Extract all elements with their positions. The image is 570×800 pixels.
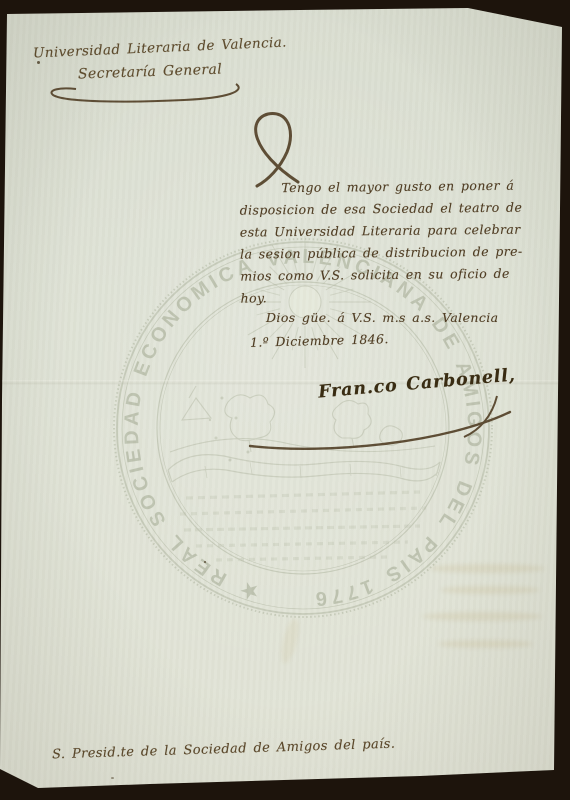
ink-flourishes <box>0 0 570 800</box>
signature-name: Fran.co Carbonell, <box>318 365 517 402</box>
paraph-flourish-icon <box>256 113 298 186</box>
stain-mark <box>440 586 540 594</box>
ink-speck <box>111 777 114 779</box>
ink-speck <box>37 61 40 64</box>
body-line: esta Universidad Literaria para celebrar <box>240 218 540 243</box>
stain-mark <box>438 640 533 648</box>
field-hatching-icon <box>180 492 426 560</box>
letterhead-institution: Universidad Literaria de Valencia. <box>33 34 287 61</box>
scan-background: { "letterhead": { "institution": "Univer… <box>0 0 570 800</box>
paper-sheet: ★ REAL SOCIEDAD ECONOMICA VALENCIANA DE … <box>0 0 570 800</box>
flourish-underline-icon <box>52 84 239 102</box>
body-line: disposicion de esa Sociedad el teatro de <box>240 196 540 221</box>
signature-descender-icon <box>464 396 497 437</box>
body-line: mios como V.S. solicita en su oficio de <box>240 262 540 287</box>
addressee-line: S. Presid.te de la Sociedad de Amigos de… <box>52 737 396 763</box>
emblem-stars-icon <box>209 397 250 462</box>
stain-mark <box>278 617 303 665</box>
banner-ribbon-icon <box>168 455 440 482</box>
letter-body: Tengo el mayor gusto en poner á disposic… <box>239 174 540 309</box>
closing-salutation: Dios güe. á V.S. m.s a.s. Valencia <box>266 310 498 325</box>
seal-inner-ring <box>157 282 449 574</box>
stain-mark <box>422 612 542 621</box>
body-line: hoy. <box>240 284 540 309</box>
body-line: Tengo el mayor gusto en poner á <box>239 174 539 199</box>
seal-watermark: ★ REAL SOCIEDAD ECONOMICA VALENCIANA DE … <box>0 0 570 800</box>
letterhead-office: Secretaría General <box>78 61 223 82</box>
signature-flourish-icon <box>250 412 510 449</box>
body-line: la sesion pública de distribucion de pre… <box>240 240 540 265</box>
stain-mark <box>430 564 545 573</box>
ink-speck <box>204 561 206 563</box>
date-line: 1.º Diciembre 1846. <box>250 331 389 350</box>
